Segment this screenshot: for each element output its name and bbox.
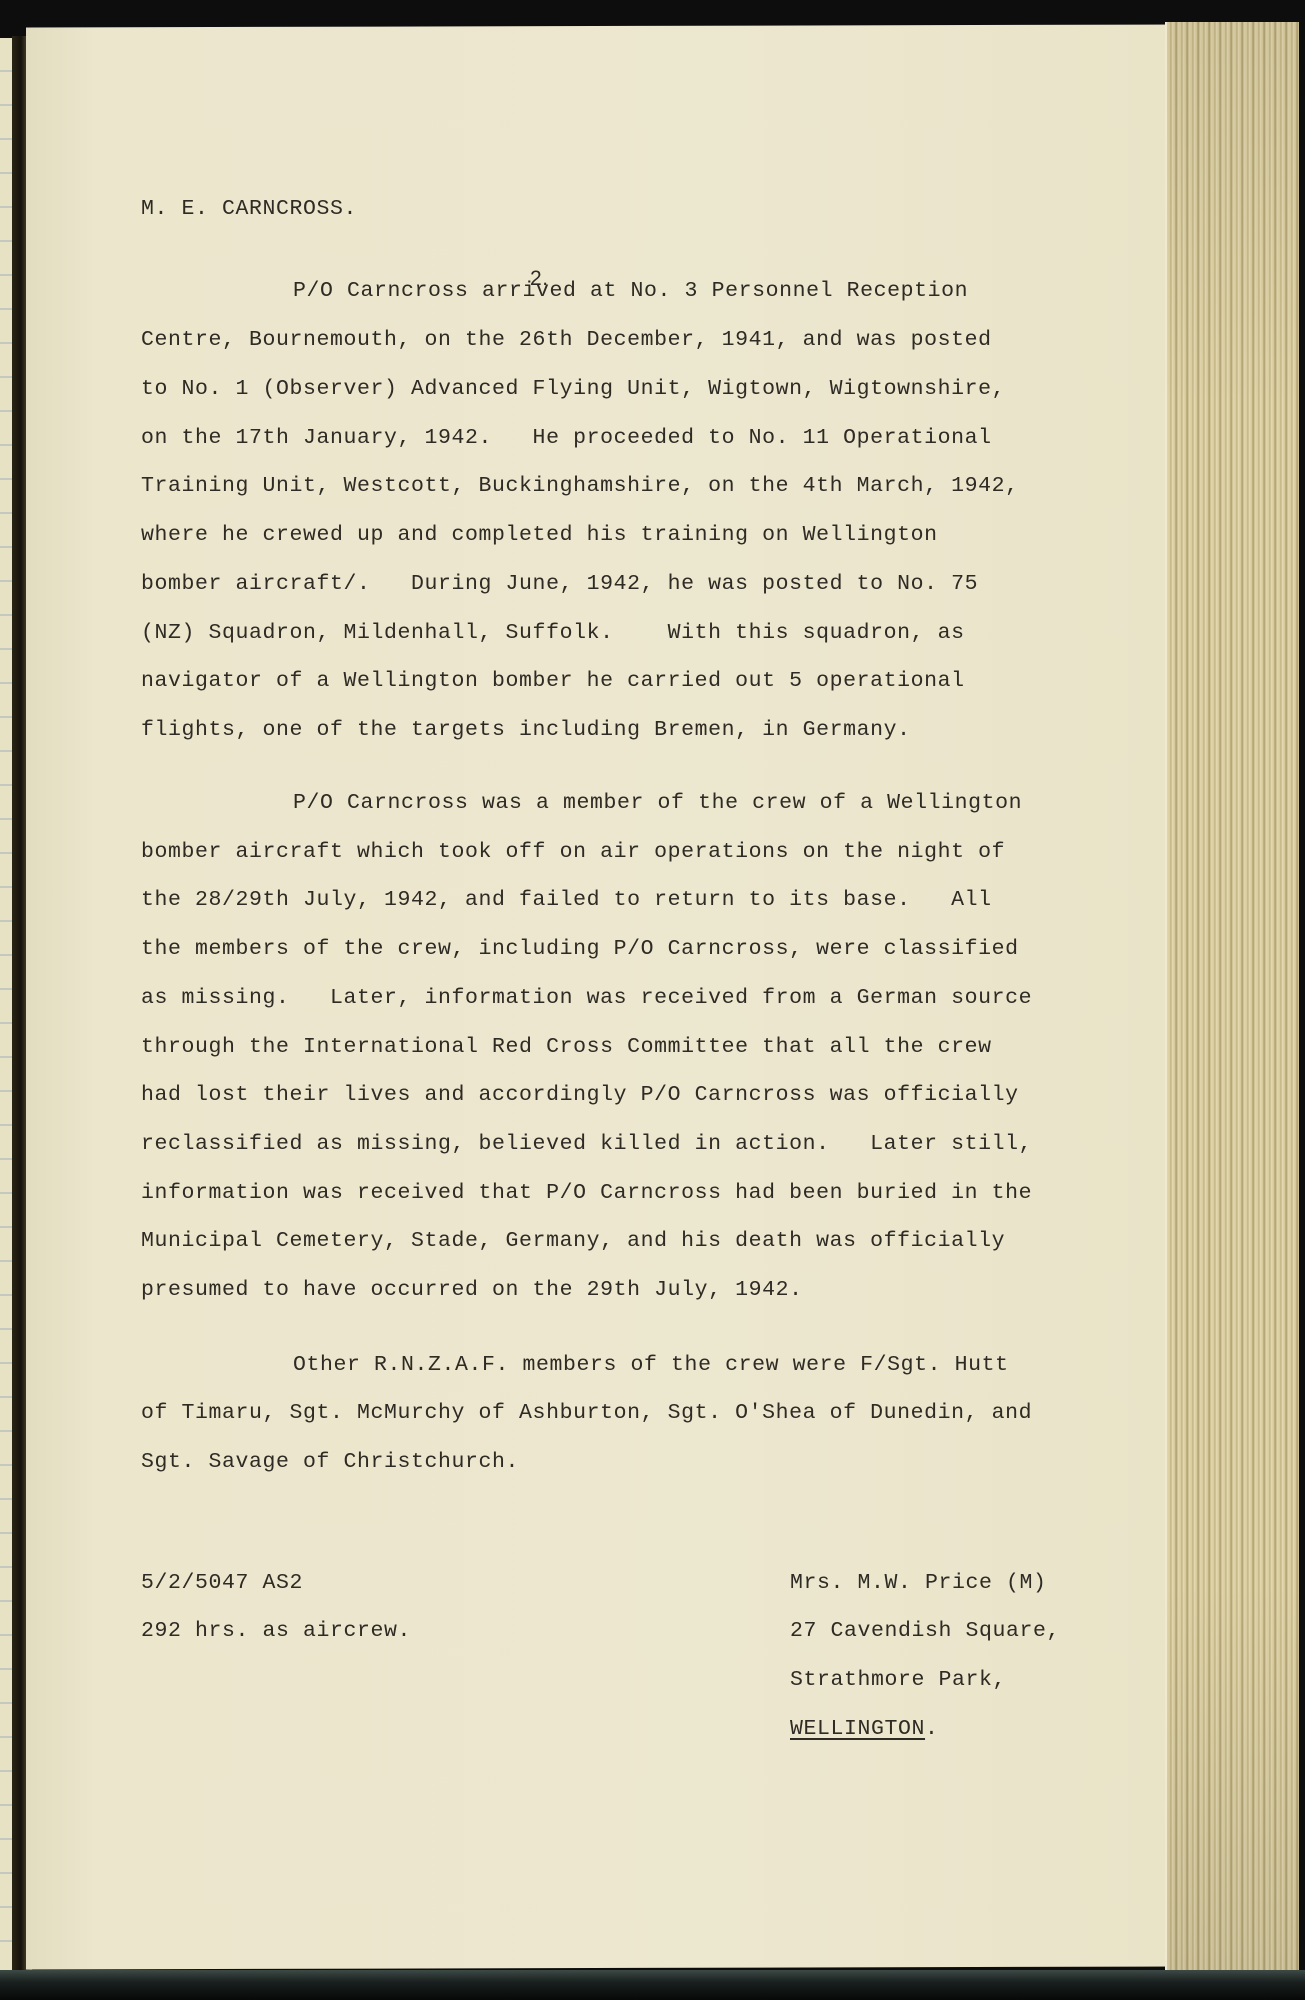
- address-line-1: 27 Cavendish Square,: [790, 1619, 1060, 1643]
- text-line: of Timaru, Sgt. McMurchy of Ashburton, S…: [141, 1401, 1032, 1425]
- address-line-2: Strathmore Park,: [790, 1668, 1006, 1692]
- text-line: reclassified as missing, believed killed…: [141, 1132, 1032, 1156]
- text-line: Centre, Bournemouth, on the 26th Decembe…: [141, 328, 992, 352]
- text-line: the 28/29th July, 1942, and failed to re…: [141, 888, 992, 912]
- text-line: navigator of a Wellington bomber he carr…: [141, 669, 965, 693]
- text-line: through the International Red Cross Comm…: [141, 1035, 992, 1059]
- text-line: to No. 1 (Observer) Advanced Flying Unit…: [141, 377, 1005, 401]
- text-line: P/O Carncross was a member of the crew o…: [293, 791, 1022, 815]
- address-city: WELLINGTON.: [790, 1717, 939, 1741]
- text-line: Other R.N.Z.A.F. members of the crew wer…: [293, 1353, 1009, 1377]
- text-line: flights, one of the targets including Br…: [141, 718, 911, 742]
- typed-document: M. E. CARNCROSS. 2. P/O Carncross arrive…: [0, 0, 1305, 2000]
- text-line: as missing. Later, information was recei…: [141, 986, 1032, 1010]
- text-line: Training Unit, Westcott, Buckinghamshire…: [141, 474, 1019, 498]
- city-name: WELLINGTON: [790, 1717, 925, 1741]
- flying-hours: 292 hrs. as aircrew.: [141, 1619, 411, 1643]
- text-line: presumed to have occurred on the 29th Ju…: [141, 1278, 803, 1302]
- next-of-kin-name: Mrs. M.W. Price (M): [790, 1571, 1047, 1595]
- text-line: (NZ) Squadron, Mildenhall, Suffolk. With…: [141, 621, 965, 645]
- text-line: where he crewed up and completed his tra…: [141, 523, 938, 547]
- text-line: bomber aircraft which took off on air op…: [141, 840, 1005, 864]
- text-line: on the 17th January, 1942. He proceeded …: [141, 426, 992, 450]
- city-suffix: .: [925, 1717, 939, 1741]
- text-line: the members of the crew, including P/O C…: [141, 937, 1019, 961]
- text-line: Sgt. Savage of Christchurch.: [141, 1450, 519, 1474]
- text-line: information was received that P/O Carncr…: [141, 1181, 1032, 1205]
- text-line: P/O Carncross arrived at No. 3 Personnel…: [293, 279, 968, 303]
- text-line: bomber aircraft/. During June, 1942, he …: [141, 572, 978, 596]
- text-line: Municipal Cemetery, Stade, Germany, and …: [141, 1229, 1005, 1253]
- text-line: had lost their lives and accordingly P/O…: [141, 1083, 1019, 1107]
- file-reference: 5/2/5047 AS2: [141, 1571, 303, 1595]
- document-header-name: M. E. CARNCROSS.: [141, 197, 357, 221]
